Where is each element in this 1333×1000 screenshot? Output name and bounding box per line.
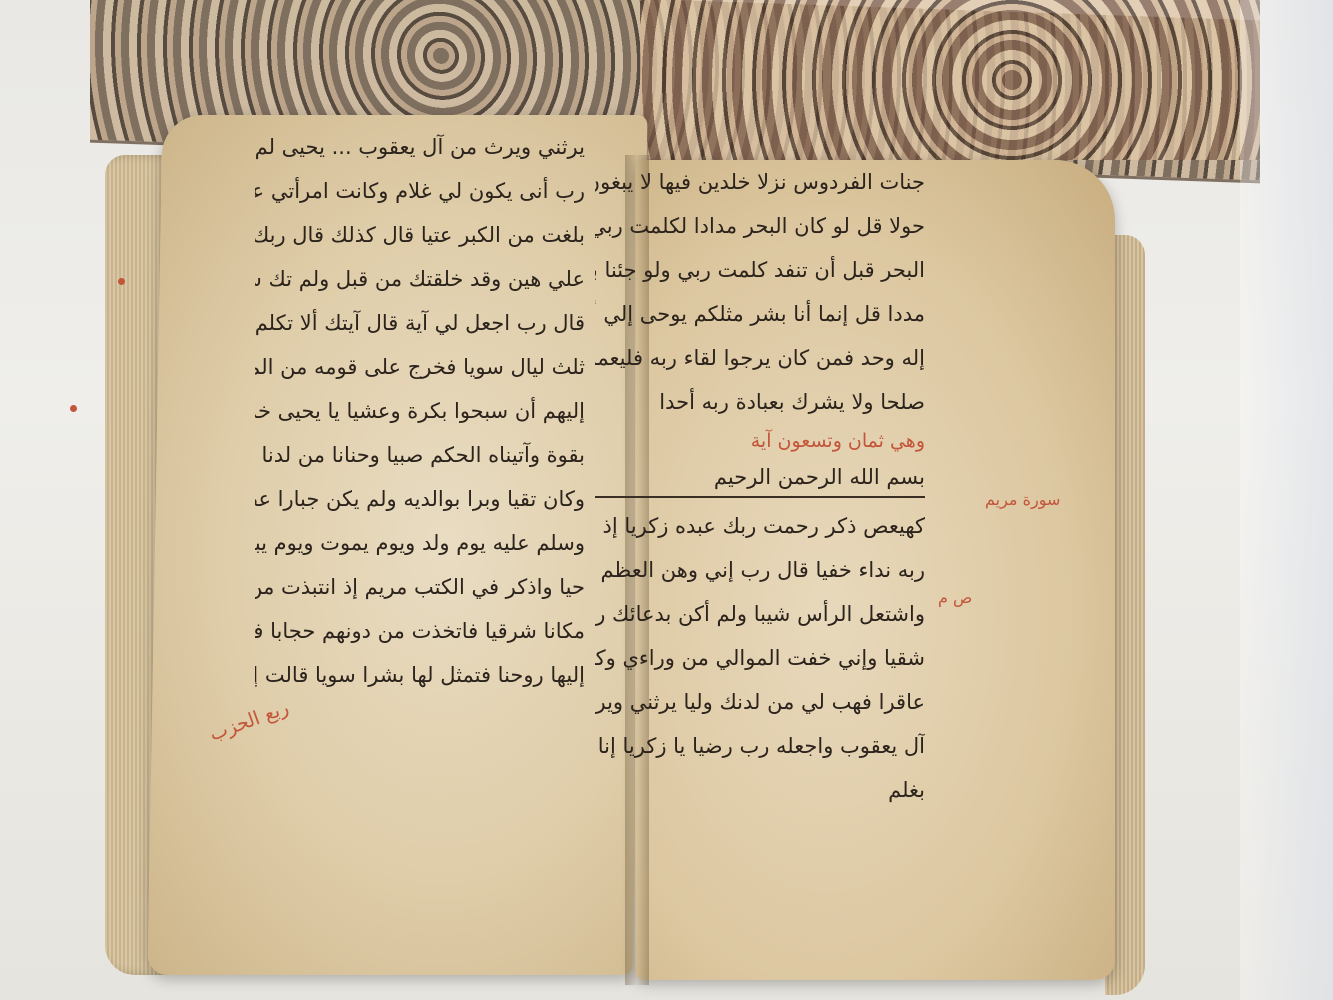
text-line: مددا قل إنما أنا بشر مثلكم يوحى إلي أنما… xyxy=(595,292,925,336)
right-page-text: جنات الفردوس نزلا خلدين فيها لا يبغون عن… xyxy=(595,160,925,812)
text-line: وكان تقيا وبرا بوالديه ولم يكن جبارا عصي… xyxy=(255,477,585,521)
text-line: يرثني ويرث من آل يعقوب ... يحيى لم نجعل … xyxy=(255,125,585,169)
text-line: علي هين وقد خلقتك من قبل ولم تك شيئا xyxy=(255,257,585,301)
left-page-text: يرثني ويرث من آل يعقوب ... يحيى لم نجعل … xyxy=(255,125,585,697)
glass-case-edge xyxy=(1240,0,1333,1000)
text-line: قال رب اجعل لي آية قال آيتك ألا تكلم الن… xyxy=(255,301,585,345)
text-line: عاقرا فهب لي من لدنك وليا يرثني ويرث من xyxy=(595,680,925,724)
text-line: آل يعقوب واجعله رب رضيا يا زكريا إنا نبش… xyxy=(595,724,925,768)
red-mark xyxy=(70,405,77,412)
text-line: إله وحد فمن كان يرجوا لقاء ربه فليعمل عم… xyxy=(595,336,925,380)
catchword: بغلم xyxy=(865,768,925,812)
surah-heading: وهي ثمان وتسعون آية xyxy=(595,424,925,458)
text-line: كهيعص ذكر رحمت ربك عبده زكريا إذ نادى xyxy=(595,504,925,548)
bismillah: بسم الله الرحمن الرحيم xyxy=(595,458,925,498)
text-line: مكانا شرقيا فاتخذت من دونهم حجابا فأرسلن… xyxy=(255,609,585,653)
text-line: واشتعل الرأس شيبا ولم أكن بدعائك رب xyxy=(595,592,925,636)
text-line: بقوة وآتيناه الحكم صبيا وحنانا من لدنا و… xyxy=(255,433,585,477)
text-line: ثلث ليال سويا فخرج على قومه من المحراب ف… xyxy=(255,345,585,389)
text-line: البحر قبل أن تنفد كلمت ربي ولو جئنا بمثل… xyxy=(595,248,925,292)
text-line: حيا واذكر في الكتب مريم إذ انتبذت من أهل… xyxy=(255,565,585,609)
text-line: صلحا ولا يشرك بعبادة ربه أحدا xyxy=(595,380,925,424)
text-line: شقيا وإني خفت الموالي من وراءي وكانت امر… xyxy=(595,636,925,680)
surah-end-note: سورة مريم xyxy=(985,490,1060,509)
red-mark xyxy=(118,278,125,285)
text-line: جنات الفردوس نزلا خلدين فيها لا يبغون عن… xyxy=(595,160,925,204)
text-line: ربه نداء خفيا قال رب إني وهن العظم مني xyxy=(595,548,925,592)
text-line: إليها روحنا فتمثل لها بشرا سويا قالت إني… xyxy=(255,653,585,697)
margin-note-right: ص م xyxy=(938,588,972,607)
text-line: وسلم عليه يوم ولد ويوم يموت ويوم يبعث xyxy=(255,521,585,565)
text-line: بلغت من الكبر عتيا قال كذلك قال ربك هو xyxy=(255,213,585,257)
text-line: رب أنى يكون لي غلام وكانت امرأتي عاقرا و… xyxy=(255,169,585,213)
text-line: إليهم أن سبحوا بكرة وعشيا يا يحيى خذ الك… xyxy=(255,389,585,433)
text-line: حولا قل لو كان البحر مدادا لكلمت ربي لنف… xyxy=(595,204,925,248)
